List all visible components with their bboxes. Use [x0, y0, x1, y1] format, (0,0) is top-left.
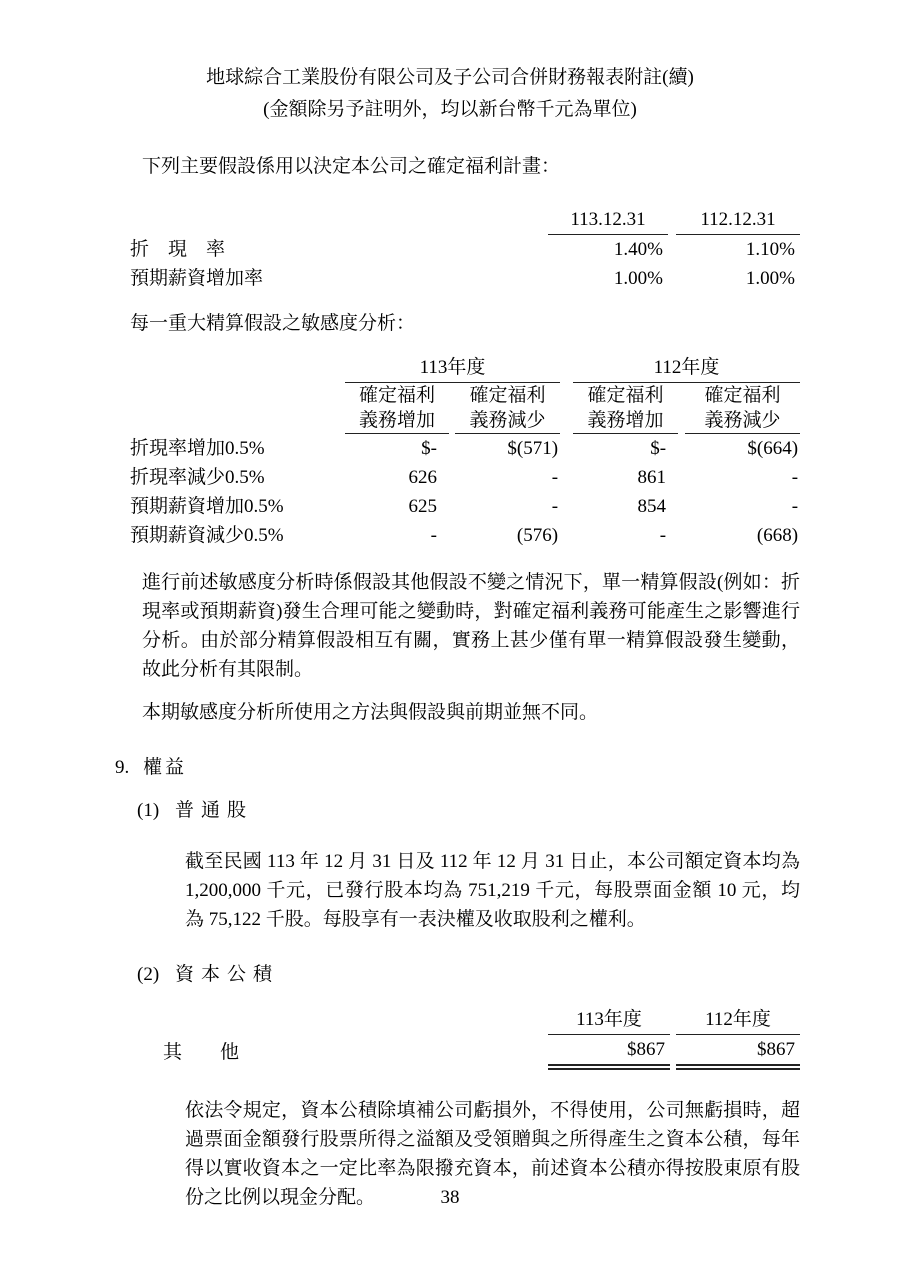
- cell-value: 1.40%: [548, 235, 668, 265]
- table-row: 預期薪資減少0.5% - (576) - (668): [130, 521, 800, 550]
- col-header-113: 113.12.31: [548, 205, 668, 235]
- row-label: 預期薪資增加0.5%: [130, 492, 345, 521]
- cell-value: 625: [345, 492, 449, 521]
- assumptions-table: 113.12.31 112.12.31 折 現 率 1.40% 1.10% 預期…: [130, 205, 800, 293]
- cell-value: 1.10%: [676, 235, 800, 265]
- cell-value: 1.00%: [548, 264, 668, 293]
- cell-value: 1.00%: [676, 264, 800, 293]
- cell-value: $-: [573, 434, 678, 464]
- page-number: 38: [0, 1183, 900, 1212]
- group-header-113: 113年度: [345, 353, 560, 383]
- cell-value: -: [455, 463, 560, 492]
- cell-value: 626: [345, 463, 449, 492]
- row-label: 其 他: [130, 1035, 548, 1068]
- cell-value: 854: [573, 492, 678, 521]
- row-label: 預期薪資減少0.5%: [130, 521, 345, 550]
- header-title-line1: 地球綜合工業股份有限公司及子公司合併財務報表附註(續): [100, 62, 800, 94]
- section-number: 9.: [115, 753, 143, 782]
- assumptions-intro: 下列主要假設係用以決定本公司之確定福利計畫：: [142, 152, 800, 181]
- subsection-title: 資本公積: [175, 960, 279, 989]
- cell-value: -: [455, 492, 560, 521]
- cell-value: $(664): [685, 434, 800, 464]
- sub-header: 確定福利: [455, 383, 560, 409]
- sub-header-row-line1: 確定福利 確定福利 確定福利 確定福利: [130, 383, 800, 409]
- subsection-2-heading: (2) 資本公積: [137, 960, 800, 989]
- cell-value: -: [685, 492, 800, 521]
- cell-value: $-: [345, 434, 449, 464]
- section-9-heading: 9. 權益: [115, 753, 800, 782]
- col-header-112: 112.12.31: [676, 205, 800, 235]
- page-content: 地球綜合工業股份有限公司及子公司合併財務報表附註(續) (金額除另予註明外，均以…: [0, 0, 900, 1212]
- subsection-number: (1): [137, 796, 175, 825]
- subsection-number: (2): [137, 960, 175, 989]
- cell-value: $(571): [455, 434, 560, 464]
- table-header-row: 113.12.31 112.12.31: [130, 205, 800, 235]
- cell-value: $867: [548, 1035, 670, 1068]
- cell-value: -: [573, 521, 678, 550]
- subsection-title: 普通股: [175, 796, 253, 825]
- col-header-113: 113年度: [548, 1005, 670, 1035]
- sub-header-row-line2: 義務增加 義務減少 義務增加 義務減少: [130, 408, 800, 434]
- sub-header: 確定福利: [573, 383, 678, 409]
- row-label: 折現率減少0.5%: [130, 463, 345, 492]
- table-row: 預期薪資增加0.5% 625 - 854 -: [130, 492, 800, 521]
- sensitivity-note1: 進行前述敏感度分析時係假設其他假設不變之情況下，單一精算假設(例如：折現率或預期…: [142, 568, 800, 684]
- capital-surplus-table: 113年度 112年度 其 他 $867 $867: [130, 1005, 800, 1070]
- table-row: 折 現 率 1.40% 1.10%: [130, 235, 800, 265]
- row-label: 折現率增加0.5%: [130, 434, 345, 464]
- table-row: 預期薪資增加率 1.00% 1.00%: [130, 264, 800, 293]
- row-label: 折 現 率: [130, 235, 548, 265]
- common-stock-paragraph: 截至民國 113 年 12 月 31 日及 112 年 12 月 31 日止，本…: [185, 847, 800, 934]
- group-header-row: 113年度 112年度: [130, 353, 800, 383]
- document-header: 地球綜合工業股份有限公司及子公司合併財務報表附註(續) (金額除另予註明外，均以…: [100, 62, 800, 126]
- group-header-112: 112年度: [573, 353, 800, 383]
- cell-value: -: [345, 521, 449, 550]
- sub-header: 義務減少: [685, 408, 800, 434]
- sub-header: 義務增加: [345, 408, 449, 434]
- table-row: 折現率增加0.5% $- $(571) $- $(664): [130, 434, 800, 464]
- section-title: 權益: [143, 753, 187, 782]
- sub-header: 義務增加: [573, 408, 678, 434]
- cell-value: $867: [676, 1035, 800, 1068]
- sensitivity-table: 113年度 112年度 確定福利 確定福利 確定福利 確定福利 義務增加 義務減…: [130, 353, 800, 550]
- cell-value: -: [685, 463, 800, 492]
- cell-value: 861: [573, 463, 678, 492]
- cell-value: (668): [685, 521, 800, 550]
- table-row: 其 他 $867 $867: [130, 1035, 800, 1068]
- col-header-112: 112年度: [676, 1005, 800, 1035]
- sub-header: 義務減少: [455, 408, 560, 434]
- header-title-line2: (金額除另予註明外，均以新台幣千元為單位): [100, 94, 800, 126]
- sensitivity-intro: 每一重大精算假設之敏感度分析：: [130, 309, 800, 338]
- sub-header: 確定福利: [685, 383, 800, 409]
- table-header-row: 113年度 112年度: [130, 1005, 800, 1035]
- document-page: 地球綜合工業股份有限公司及子公司合併財務報表附註(續) (金額除另予註明外，均以…: [0, 0, 900, 1273]
- row-label: 預期薪資增加率: [130, 264, 548, 293]
- cell-value: (576): [455, 521, 560, 550]
- subsection-1-heading: (1) 普通股: [137, 796, 800, 825]
- sensitivity-note2: 本期敏感度分析所使用之方法與假設與前期並無不同。: [142, 698, 800, 727]
- table-row: 折現率減少0.5% 626 - 861 -: [130, 463, 800, 492]
- sub-header: 確定福利: [345, 383, 449, 409]
